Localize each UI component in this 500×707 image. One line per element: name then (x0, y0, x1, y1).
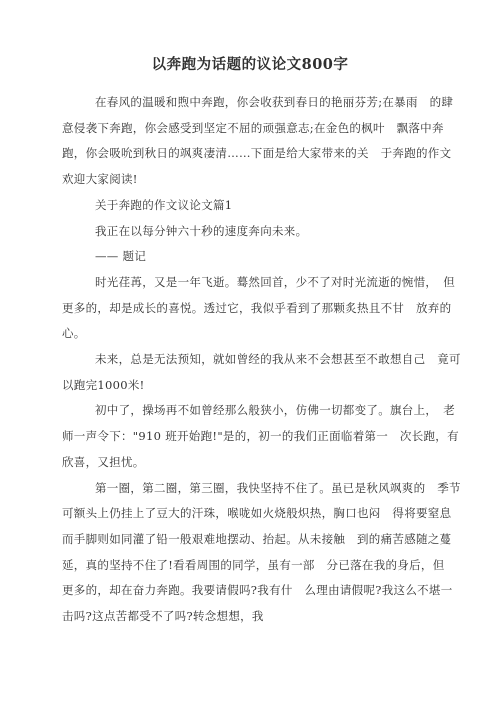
text-line: 在春风的温暖和煦中奔跑，你会收获到春日的艳丽芬芳;在暴雨 的肆 (62, 90, 472, 116)
document-page: 以奔跑为话题的议论文800字 在春风的温暖和煦中奔跑，你会收获到春日的艳丽芬芳;… (0, 0, 500, 707)
text-line: 跑，你会吸吮到秋日的飒爽凄清……下面是给大家带来的关 于奔跑的作文 (62, 141, 472, 167)
text-line: 我正在以每分钟六十秒的速度奔向未来。 (62, 219, 472, 245)
text-line: 时光荏苒，又是一年飞逝。蓦然回首，少不了对时光流逝的惋惜， 但 (62, 270, 472, 296)
text-line: 第一圈，第二圈，第三圈，我快坚持不住了。虽已是秋风飒爽的 季节 (62, 476, 472, 502)
text-line: 未来，总是无法预知，就如曾经的我从来不会想甚至不敢想自己 竟可 (62, 347, 472, 373)
text-line: 师一声令下："910 班开始跑!"是的，初一的我们正面临着第一 次长跑，有 (62, 424, 472, 450)
text-line: 延，真的坚持不住了!看看周围的同学，虽有一部 分已落在我的身后，但 (62, 553, 472, 579)
text-line: 可额头上仍挂上了豆大的汗珠，喉咙如火烧般炽热，胸口也闷 得将要窒息 (62, 501, 472, 527)
text-line: 初中了，操场再不如曾经那么般狭小，仿佛一切都变了。旗台上， 老 (62, 398, 472, 424)
document-title: 以奔跑为话题的议论文800字 (0, 55, 500, 75)
text-line: 更多的，却在奋力奔跑。我要请假吗?我有什 么理由请假呢?我这么不堪一 (62, 578, 472, 604)
text-line: 关于奔跑的作文议论文篇1 (62, 193, 472, 219)
text-line: 击吗?这点苦都受不了吗?转念想想，我 (62, 604, 472, 630)
text-line: 欢迎大家阅读! (62, 167, 472, 193)
text-line: 心。 (62, 321, 472, 347)
text-line: 意侵袭下奔跑，你会感受到坚定不屈的顽强意志;在金色的枫叶 飘落中奔 (62, 116, 472, 142)
text-line: —— 题记 (62, 244, 472, 270)
document-body: 在春风的温暖和煦中奔跑，你会收获到春日的艳丽芬芳;在暴雨 的肆意侵袭下奔跑，你会… (62, 90, 472, 630)
text-line: 以跑完1000米! (62, 373, 472, 399)
text-line: 欣喜，又担忧。 (62, 450, 472, 476)
text-line: 更多的，却是成长的喜悦。透过它，我似乎看到了那颗炙热且不甘 放弃的 (62, 296, 472, 322)
text-line: 而手脚则如同灌了铅一般艰难地摆动、抬起。从未接触 到的痛苦感随之蔓 (62, 527, 472, 553)
